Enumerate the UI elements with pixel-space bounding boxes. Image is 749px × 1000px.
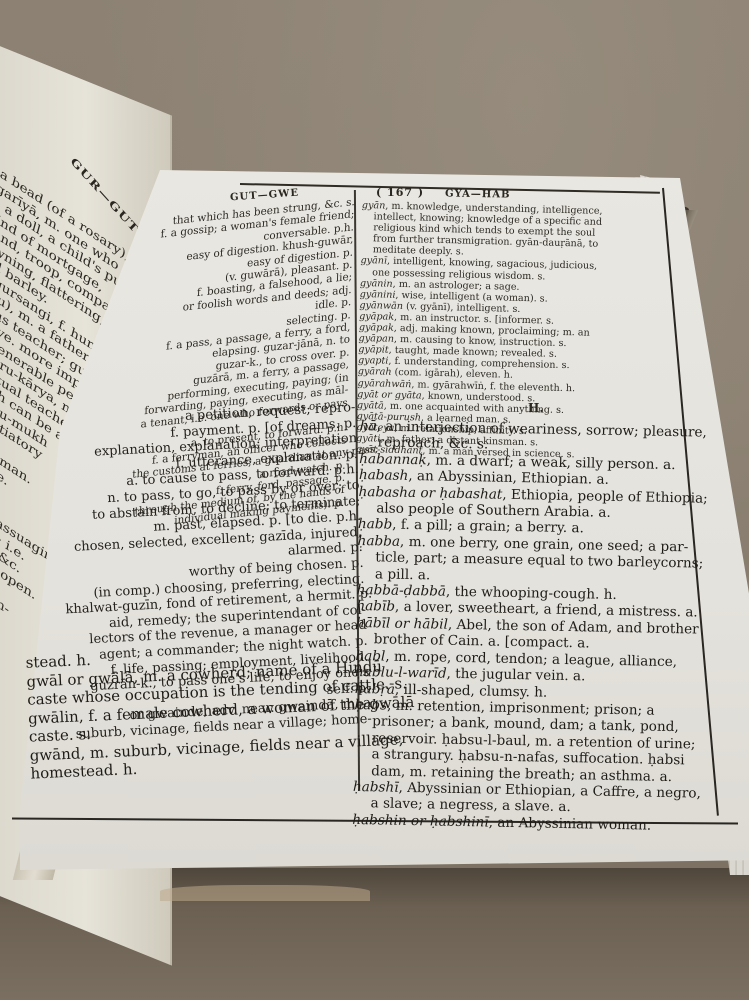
entry-headword: gyāpit [358, 344, 389, 356]
entry-headword: gyāpan [358, 333, 394, 345]
entry-headword: habṛā [355, 680, 395, 697]
entry-headword: gyāpak [359, 322, 394, 334]
entry-headword: gyāpak [359, 311, 394, 323]
entry-headword: ḥabbā-ḍabbā [357, 582, 447, 600]
running-head-right: GYA—HAB [445, 188, 511, 200]
left-column-large-text: stead. h.gwāl or gwālā, m. a cowherd; na… [25, 640, 345, 783]
entry-headword: ḥabshī [353, 779, 399, 796]
entry-headword: gyānin [360, 278, 393, 290]
entry-headword: gyārah [358, 366, 392, 378]
right-column-h-entries: hā, an interjection of weariness, sorrow… [352, 418, 720, 835]
entry-headword: gyānī [360, 255, 387, 267]
page-number: ( 167 ) [376, 186, 424, 199]
entry-headword: gyānini [360, 289, 396, 301]
entry-headword: ḥabash [359, 467, 409, 484]
page-stain [160, 885, 370, 901]
entry-headword: ḥabshin or ḥabshinī [352, 812, 489, 831]
entry-headword: gyān [362, 200, 386, 212]
section-letter-h: H. [528, 401, 544, 415]
entry-headword: gyātā [357, 400, 384, 412]
entry-headword: ḥabīb [356, 598, 395, 615]
entry-headword: ḥabl [355, 648, 385, 665]
entry-definition: , an Abyssinian woman. [489, 814, 652, 833]
entry-headword: ḥabannaḳ [359, 451, 427, 468]
entry-headword: hābīl or hābil [356, 615, 448, 633]
entry-headword: gyapti [358, 355, 389, 367]
entry-headword: hā [360, 418, 377, 434]
entry-headword: ḥabb [358, 516, 393, 533]
entry-headword: ḥablu-l-warīd [355, 664, 447, 682]
entry-headword: ḥabs [354, 697, 387, 714]
entry-headword: gyānwān [359, 300, 403, 312]
entry-headword: ḥabba [357, 533, 400, 550]
